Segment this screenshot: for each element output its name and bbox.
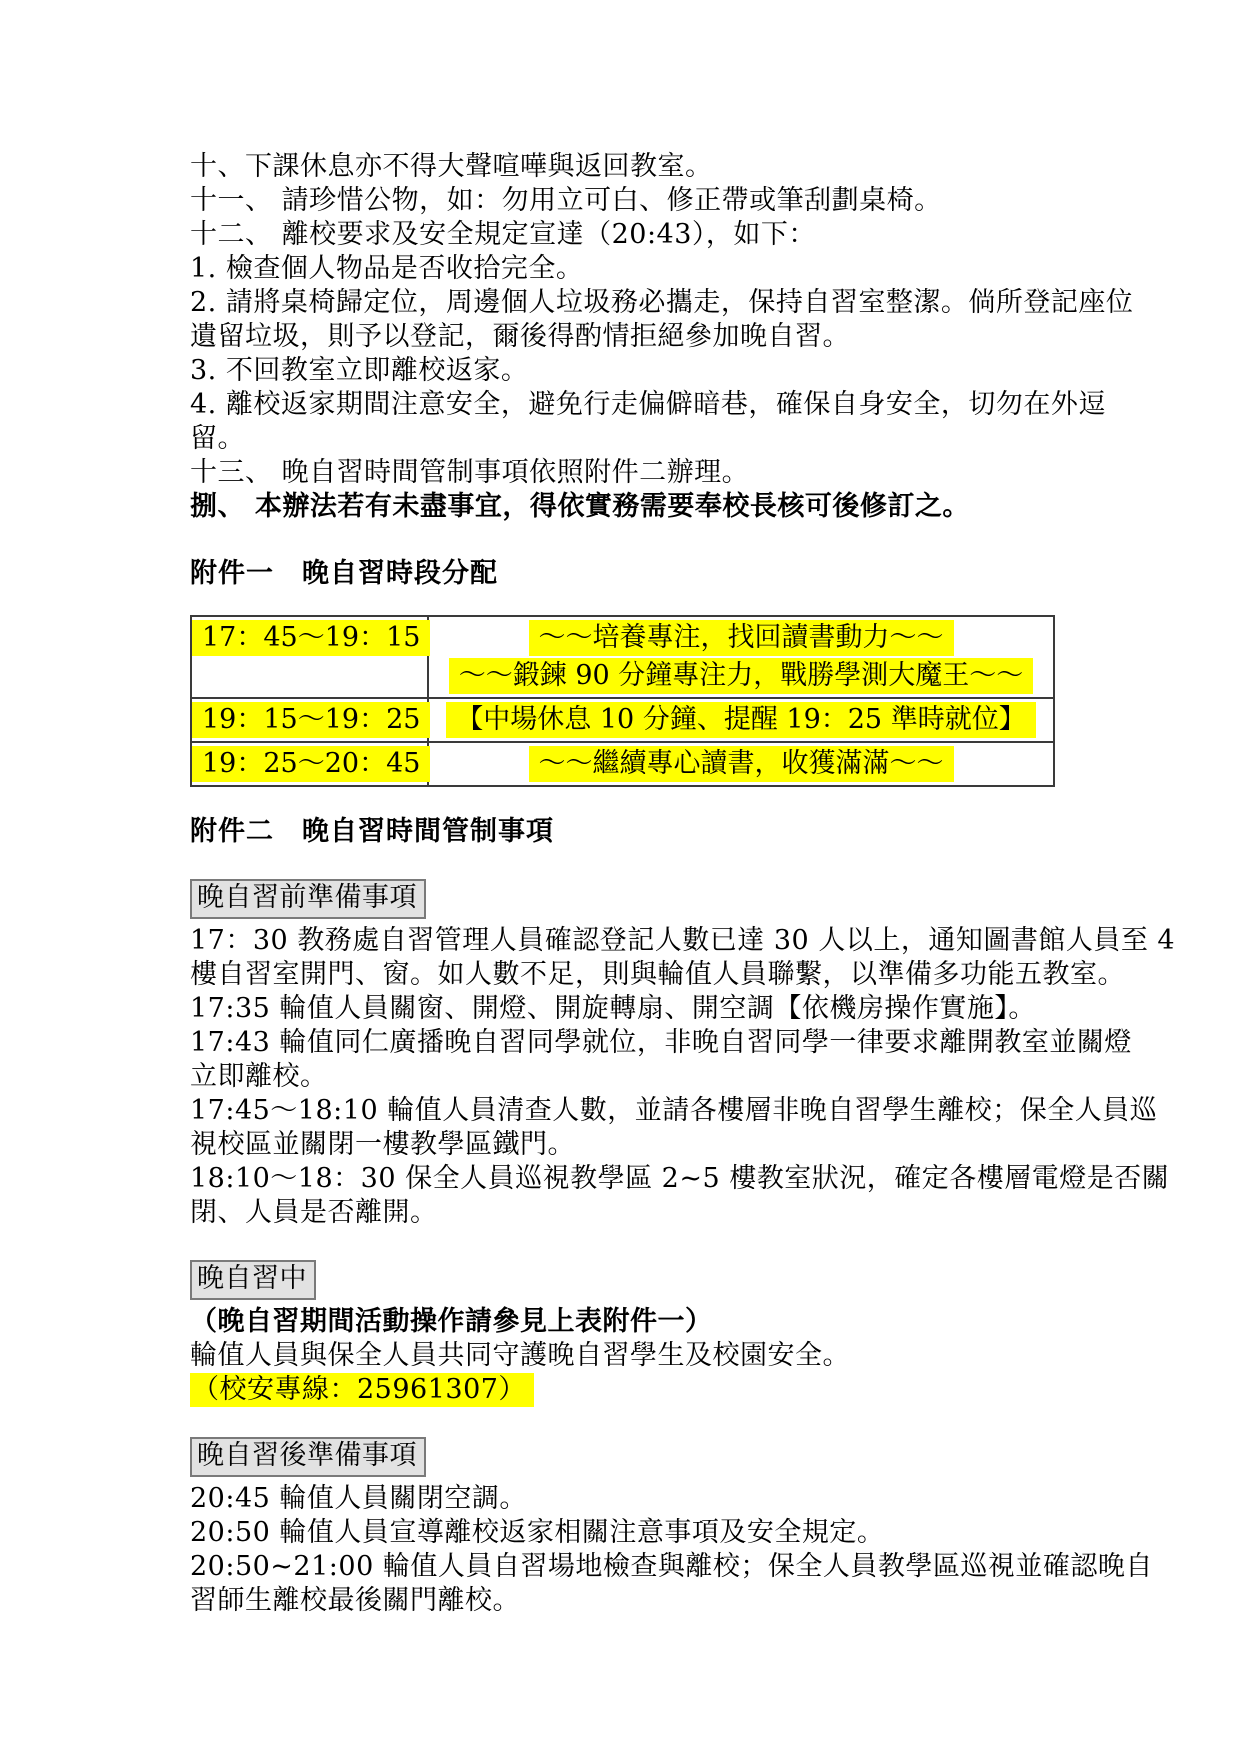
section-label-box: 晚自習後準備事項 [190,1437,426,1477]
attachment2-section: 附件二 晚自習時間管制事項 晚自習前準備事項 17：30 教務處自習管理人員確認… [190,815,1075,1618]
section-label-box: 晚自習中 [190,1260,316,1300]
text-line: 十一、 請珍惜公物，如：勿用立可白、修正帶或筆刮劃桌椅。 [190,184,1075,218]
schedule-text-highlight: 【中場休息 10 分鐘、提醒 19：25 準時就位】 [446,702,1035,738]
text-line: 立即離校。 [190,1060,1075,1094]
text-line: 遺留垃圾，則予以登記，爾後得酌情拒絕參加晚自習。 [190,320,1075,354]
text-line: 17:43 輪值同仁廣播晚自習同學就位，非晚自習同學一律要求離開教室並關燈 [190,1026,1075,1060]
text-line: 閉、人員是否離開。 [190,1196,1075,1230]
attachment1-section: 附件一 晚自習時段分配 17：45～19：15 ～～培養專注，找回讀書動力～～ … [190,557,1075,787]
text-line: 習師生離校最後關門離校。 [190,1584,1075,1618]
text-line: 樓自習室開門、窗。如人數不足，則與輪值人員聯繫，以準備多功能五教室。 [190,958,1075,992]
closing-provision-line: 捌、 本辦法若有未盡事宜，得依實務需要奉校長核可後修訂之。 [190,490,1075,524]
time-highlight: 19：25～20：45 [192,746,430,782]
text-line: 17:45～18:10 輪值人員清查人數，並請各樓層非晚自習學生離校；保全人員巡 [190,1094,1075,1128]
table-row: 19：25～20：45 ～～繼續專心讀書，收獲滿滿～～ [191,742,1054,786]
text-line: 2. 請將桌椅歸定位，周邊個人垃圾務必攜走，保持自習室整潔。倘所登記座位 [190,286,1075,320]
text-line: 4. 離校返家期間注意安全，避免行走偏僻暗巷，確保自身安全，切勿在外逗 [190,388,1075,422]
table-row: 17：45～19：15 ～～培養專注，找回讀書動力～～ ～～鍛鍊 90 分鐘專注… [191,616,1054,698]
text-line: 20:50 輪值人員宣導離校返家相關注意事項及安全規定。 [190,1516,1075,1550]
text-line: 20:50~21:00 輪值人員自習場地檢查與離校；保全人員教學區巡視並確認晚自 [190,1550,1075,1584]
document-page: 十、下課休息亦不得大聲喧嘩與返回教室。 十一、 請珍惜公物，如：勿用立可白、修正… [0,0,1241,1755]
schedule-text-highlight: ～～培養專注，找回讀書動力～～ [529,620,954,656]
text-line: 視校區並關閉一樓教學區鐵門。 [190,1128,1075,1162]
schedule-table: 17：45～19：15 ～～培養專注，找回讀書動力～～ ～～鍛鍊 90 分鐘專注… [190,615,1055,787]
text-line: 1. 檢查個人物品是否收拾完全。 [190,252,1075,286]
text-line: 3. 不回教室立即離校返家。 [190,354,1075,388]
time-cell: 17：45～19：15 [191,616,428,698]
after-study-section: 晚自習後準備事項 20:45 輪值人員關閉空調。 20:50 輪值人員宣導離校返… [190,1407,1075,1618]
intro-section: 十、下課休息亦不得大聲喧嘩與返回教室。 十一、 請珍惜公物，如：勿用立可白、修正… [190,150,1075,524]
time-highlight: 19：15～19：25 [192,702,430,738]
text-line: 20:45 輪值人員關閉空調。 [190,1482,1075,1516]
attachment2-heading: 附件二 晚自習時間管制事項 [190,815,1075,849]
schedule-text-highlight: ～～繼續專心讀書，收獲滿滿～～ [529,746,954,782]
content-cell: 【中場休息 10 分鐘、提醒 19：25 準時就位】 [428,698,1054,742]
text-line: 17:35 輪值人員關窗、開燈、開旋轉扇、開空調【依機房操作實施】。 [190,992,1075,1026]
section-label-box: 晚自習前準備事項 [190,879,426,919]
text-line: 十二、 離校要求及安全規定宣達（20:43），如下： [190,218,1075,252]
time-cell: 19：15～19：25 [191,698,428,742]
text-line: 18:10～18：30 保全人員巡視教學區 2~5 樓教室狀況，確定各樓層電燈是… [190,1162,1075,1196]
document-content: 十、下課休息亦不得大聲喧嘩與返回教室。 十一、 請珍惜公物，如：勿用立可白、修正… [190,150,1075,1618]
text-line: （晚自習期間活動操作請參見上表附件一） [190,1305,1075,1339]
text-line: 十、下課休息亦不得大聲喧嘩與返回教室。 [190,150,1075,184]
text-line: 輪值人員與保全人員共同守護晚自習學生及校園安全。 [190,1339,1075,1373]
campus-security-hotline-line: （校安專線：25961307） [190,1373,1075,1407]
hotline-highlight: （校安專線：25961307） [190,1373,534,1407]
time-cell: 19：25～20：45 [191,742,428,786]
text-line: 十三、 晚自習時間管制事項依照附件二辦理。 [190,456,1075,490]
content-cell: ～～培養專注，找回讀書動力～～ ～～鍛鍊 90 分鐘專注力，戰勝學測大魔王～～ [428,616,1054,698]
content-cell: ～～繼續專心讀書，收獲滿滿～～ [428,742,1054,786]
table-row: 19：15～19：25 【中場休息 10 分鐘、提醒 19：25 準時就位】 [191,698,1054,742]
attachment1-heading: 附件一 晚自習時段分配 [190,557,1075,591]
text-line: 17：30 教務處自習管理人員確認登記人數已達 30 人以上，通知圖書館人員至 … [190,924,1075,958]
before-study-section: 晚自習前準備事項 17：30 教務處自習管理人員確認登記人數已達 30 人以上，… [190,849,1075,1230]
during-study-section: 晚自習中 （晚自習期間活動操作請參見上表附件一） 輪值人員與保全人員共同守護晚自… [190,1230,1075,1407]
text-line: 留。 [190,422,1075,456]
time-highlight: 17：45～19：15 [192,620,430,656]
schedule-text-highlight: ～～鍛鍊 90 分鐘專注力，戰勝學測大魔王～～ [449,658,1034,694]
